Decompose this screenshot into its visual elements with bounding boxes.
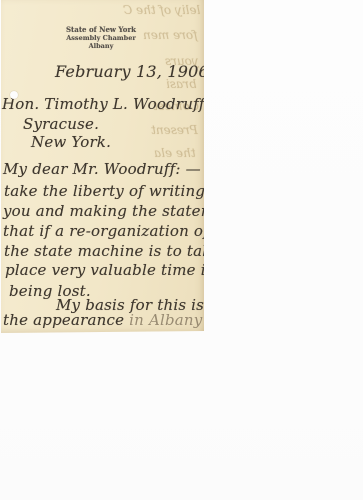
recipient-state: New York. [31, 133, 111, 151]
body-line-5: the state machine is to take [4, 242, 221, 260]
date-line: February 13, 1906. [55, 62, 214, 81]
body-line-9: the appearance in Albany [3, 311, 202, 329]
body-line-9-main: the appearance [3, 311, 124, 329]
body-line-1: My dear Mr. Woodruff: — I [3, 160, 212, 178]
recipient-name: Hon. Timothy L. Woodruff, [2, 95, 209, 113]
bleedthrough-line: the ela [154, 146, 196, 160]
scanned-letter-page: leliy of the C fore men yours brasi Come… [0, 0, 363, 500]
body-line-3: you and making the statement [3, 202, 240, 220]
body-line-4: that if a re-organization of [3, 222, 209, 240]
body-line-2: take the liberty of writing, [4, 182, 210, 200]
body-line-6: place very valuable time is [5, 261, 214, 279]
letterhead-chamber: Assembly Chamber [31, 34, 171, 42]
letterhead: State of New York Assembly Chamber Alban… [31, 26, 171, 50]
recipient-city: Syracuse. [23, 115, 99, 133]
letterhead-state: State of New York [31, 26, 171, 34]
body-line-9-faint: in Albany [124, 311, 202, 329]
bleedthrough-line: leliy of the C [123, 3, 200, 17]
letter-paper: leliy of the C fore men yours brasi Come… [1, 0, 204, 333]
pinhole-defect [10, 91, 18, 99]
letterhead-city: Albany [31, 42, 171, 50]
bleedthrough-line: Present [151, 123, 198, 137]
